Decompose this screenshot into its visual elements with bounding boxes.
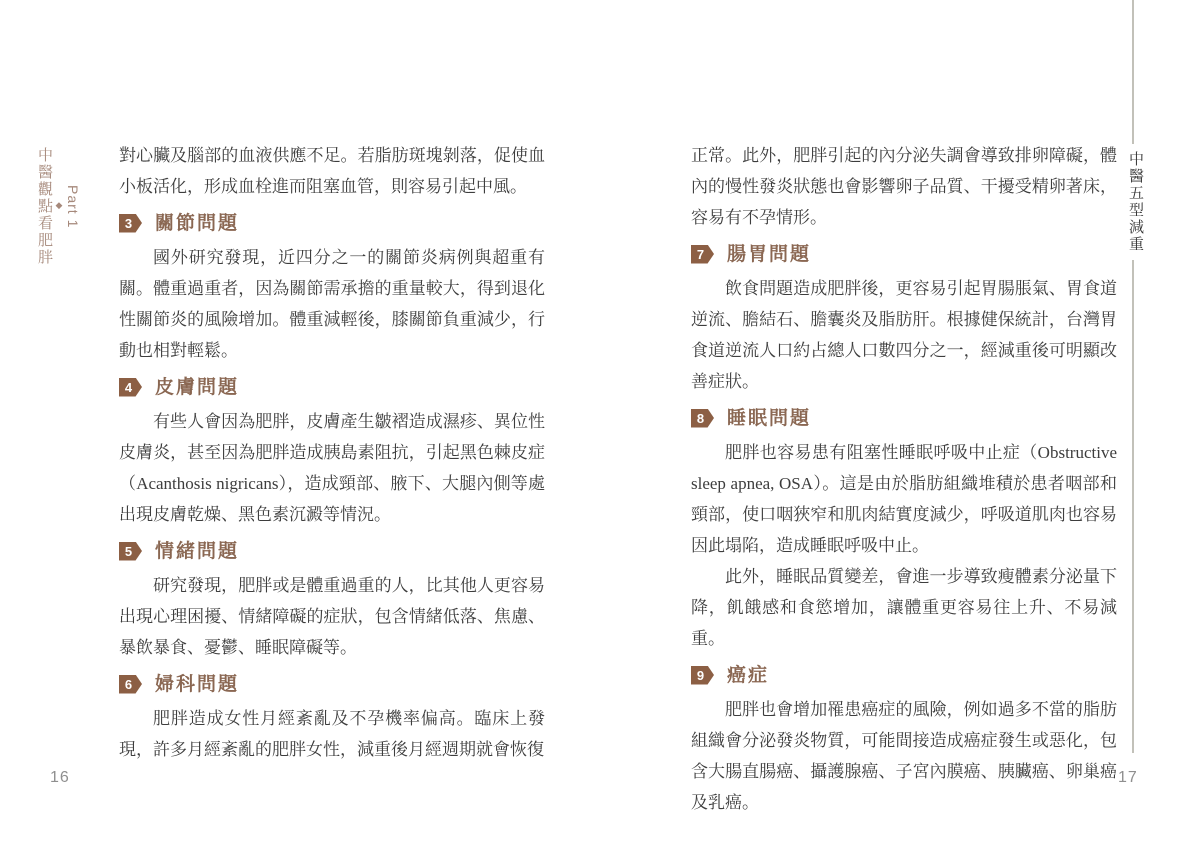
body-paragraph: 肥胖也會增加罹患癌症的風險，例如過多不當的脂肪組織會分泌發炎物質，可能間接造成癌… [691, 694, 1117, 818]
part-title-label: 中醫觀點看肥胖 [34, 147, 55, 266]
section-number-badge-icon: 8 [691, 409, 714, 428]
section-number-badge-icon: 4 [119, 378, 142, 397]
body-paragraph: 正常。此外，肥胖引起的內分泌失調會導致排卵障礙，體內的慢性發炎狀態也會影響卵子品… [691, 140, 1117, 233]
section-number-badge-icon: 9 [691, 666, 714, 685]
section-title: 腸胃問題 [727, 245, 811, 264]
diamond-separator-icon: ◆ [55, 201, 65, 213]
section-title: 癌症 [727, 666, 769, 685]
section-number-badge-icon: 5 [119, 542, 142, 561]
body-paragraph: 有些人會因為肥胖，皮膚產生皺褶造成濕疹、異位性皮膚炎，甚至因為肥胖造成胰島素阻抗… [119, 406, 545, 530]
part-margin-label: Part 1 ◆ 中醫觀點看肥胖 [53, 147, 81, 266]
section-heading: 6婦科問題 [119, 669, 545, 699]
section-title: 睡眠問題 [727, 409, 811, 428]
section-title: 關節問題 [155, 214, 239, 233]
body-paragraph: 國外研究發現，近四分之一的關節炎病例與超重有關。體重過重者，因為關節需承擔的重量… [119, 242, 545, 366]
section-heading: 4皮膚問題 [119, 372, 545, 402]
page-number-right: 17 [1118, 769, 1138, 787]
right-page-content: 正常。此外，肥胖引起的內分泌失調會導致排卵障礙，體內的慢性發炎狀態也會影響卵子品… [691, 140, 1117, 818]
section-heading: 9癌症 [691, 660, 1117, 690]
section-heading: 5情緒問題 [119, 536, 545, 566]
section-number-badge-icon: 3 [119, 214, 142, 233]
section-heading: 3關節問題 [119, 208, 545, 238]
section-title: 婦科問題 [155, 675, 239, 694]
page-number-left: 16 [50, 769, 70, 787]
section-number-badge-icon: 6 [119, 675, 142, 694]
section-heading: 8睡眠問題 [691, 403, 1117, 433]
body-paragraph: 研究發現，肥胖或是體重過重的人，比其他人更容易出現心理困擾、情緒障礙的症狀，包含… [119, 570, 545, 663]
body-paragraph: 此外，睡眠品質變差，會進一步導致瘦體素分泌量下降，飢餓感和食慾增加，讓體重更容易… [691, 561, 1117, 654]
section-heading: 7腸胃問題 [691, 239, 1117, 269]
left-page-content: 對心臟及腦部的血液供應不足。若脂肪斑塊剝落，促使血小板活化，形成血栓進而阻塞血管… [119, 140, 545, 765]
book-spread: Part 1 ◆ 中醫觀點看肥胖 對心臟及腦部的血液供應不足。若脂肪斑塊剝落，促… [0, 0, 1200, 851]
part-number-label: Part 1 [65, 185, 81, 228]
body-paragraph: 肥胖造成女性月經紊亂及不孕機率偏高。臨床上發現，許多月經紊亂的肥胖女性，減重後月… [119, 703, 545, 765]
body-paragraph: 對心臟及腦部的血液供應不足。若脂肪斑塊剝落，促使血小板活化，形成血栓進而阻塞血管… [119, 140, 545, 202]
body-paragraph: 肥胖也容易患有阻塞性睡眠呼吸中止症（Obstructive sleep apne… [691, 437, 1117, 561]
section-title: 皮膚問題 [155, 378, 239, 397]
section-number-badge-icon: 7 [691, 245, 714, 264]
section-title: 情緒問題 [155, 542, 239, 561]
chapter-rule-line [1132, 0, 1134, 753]
chapter-margin-label: 中醫五型減重 [1120, 144, 1146, 260]
body-paragraph: 飲食問題造成肥胖後，更容易引起胃腸脹氣、胃食道逆流、膽結石、膽囊炎及脂肪肝。根據… [691, 273, 1117, 397]
